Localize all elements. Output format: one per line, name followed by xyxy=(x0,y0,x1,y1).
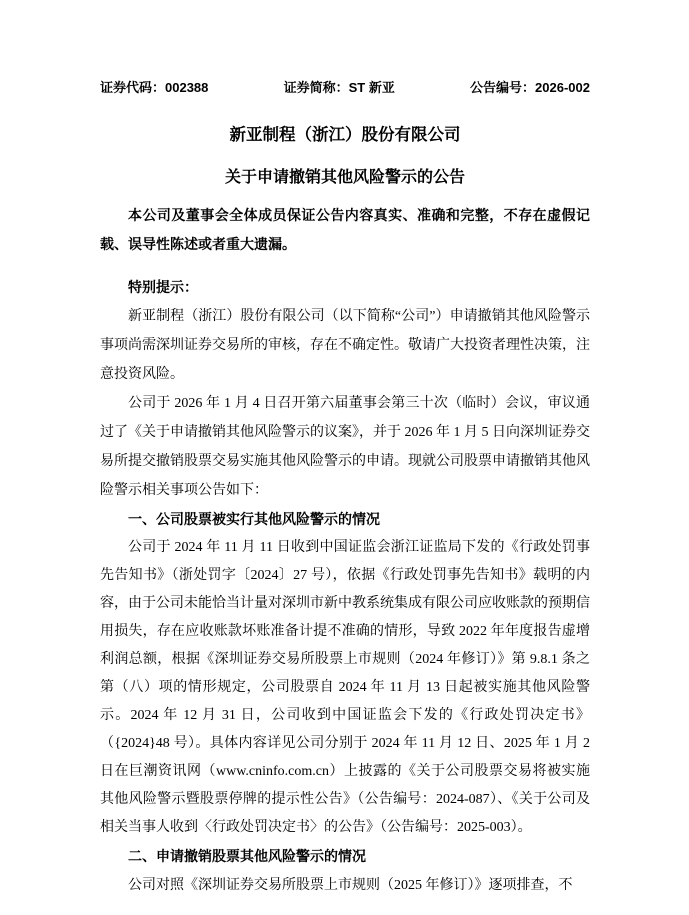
special-note-label: 特别提示： xyxy=(100,273,590,302)
document-header: 证券代码：002388 证券简称：ST 新亚 公告编号：2026-002 xyxy=(100,78,590,97)
document-page: 证券代码：002388 证券简称：ST 新亚 公告编号：2026-002 新亚制… xyxy=(0,0,689,915)
announcement-number: 公告编号：2026-002 xyxy=(470,78,590,97)
company-name-title: 新亚制程（浙江）股份有限公司 xyxy=(100,124,590,146)
intro-paragraph: 公司于 2026 年 1 月 4 日召开第六届董事会第三十次（临时）会议，审议通… xyxy=(100,389,590,505)
announcement-title: 关于申请撤销其他风险警示的公告 xyxy=(100,167,590,189)
stock-code: 证券代码：002388 xyxy=(100,78,208,97)
board-pledge-statement: 本公司及董事会全体成员保证公告内容真实、准确和完整，不存在虚假记载、误导性陈述或… xyxy=(100,201,590,259)
special-note-paragraph: 新亚制程（浙江）股份有限公司（以下简称“公司”）申请撤销其他风险警示事项尚需深圳… xyxy=(100,302,590,389)
section-2-body: 公司对照《深圳证券交易所股票上市规则（2025 年修订）》逐项排查，不 xyxy=(100,871,590,900)
section-1-heading: 一、公司股票被实行其他风险警示的情况 xyxy=(100,505,590,534)
stock-abbreviation: 证券简称：ST 新亚 xyxy=(284,78,395,97)
section-2-heading: 二、申请撤销股票其他风险警示的情况 xyxy=(100,842,590,871)
section-1-body: 公司于 2024 年 11 月 11 日收到中国证监会浙江证监局下发的《行政处罚… xyxy=(100,534,590,842)
